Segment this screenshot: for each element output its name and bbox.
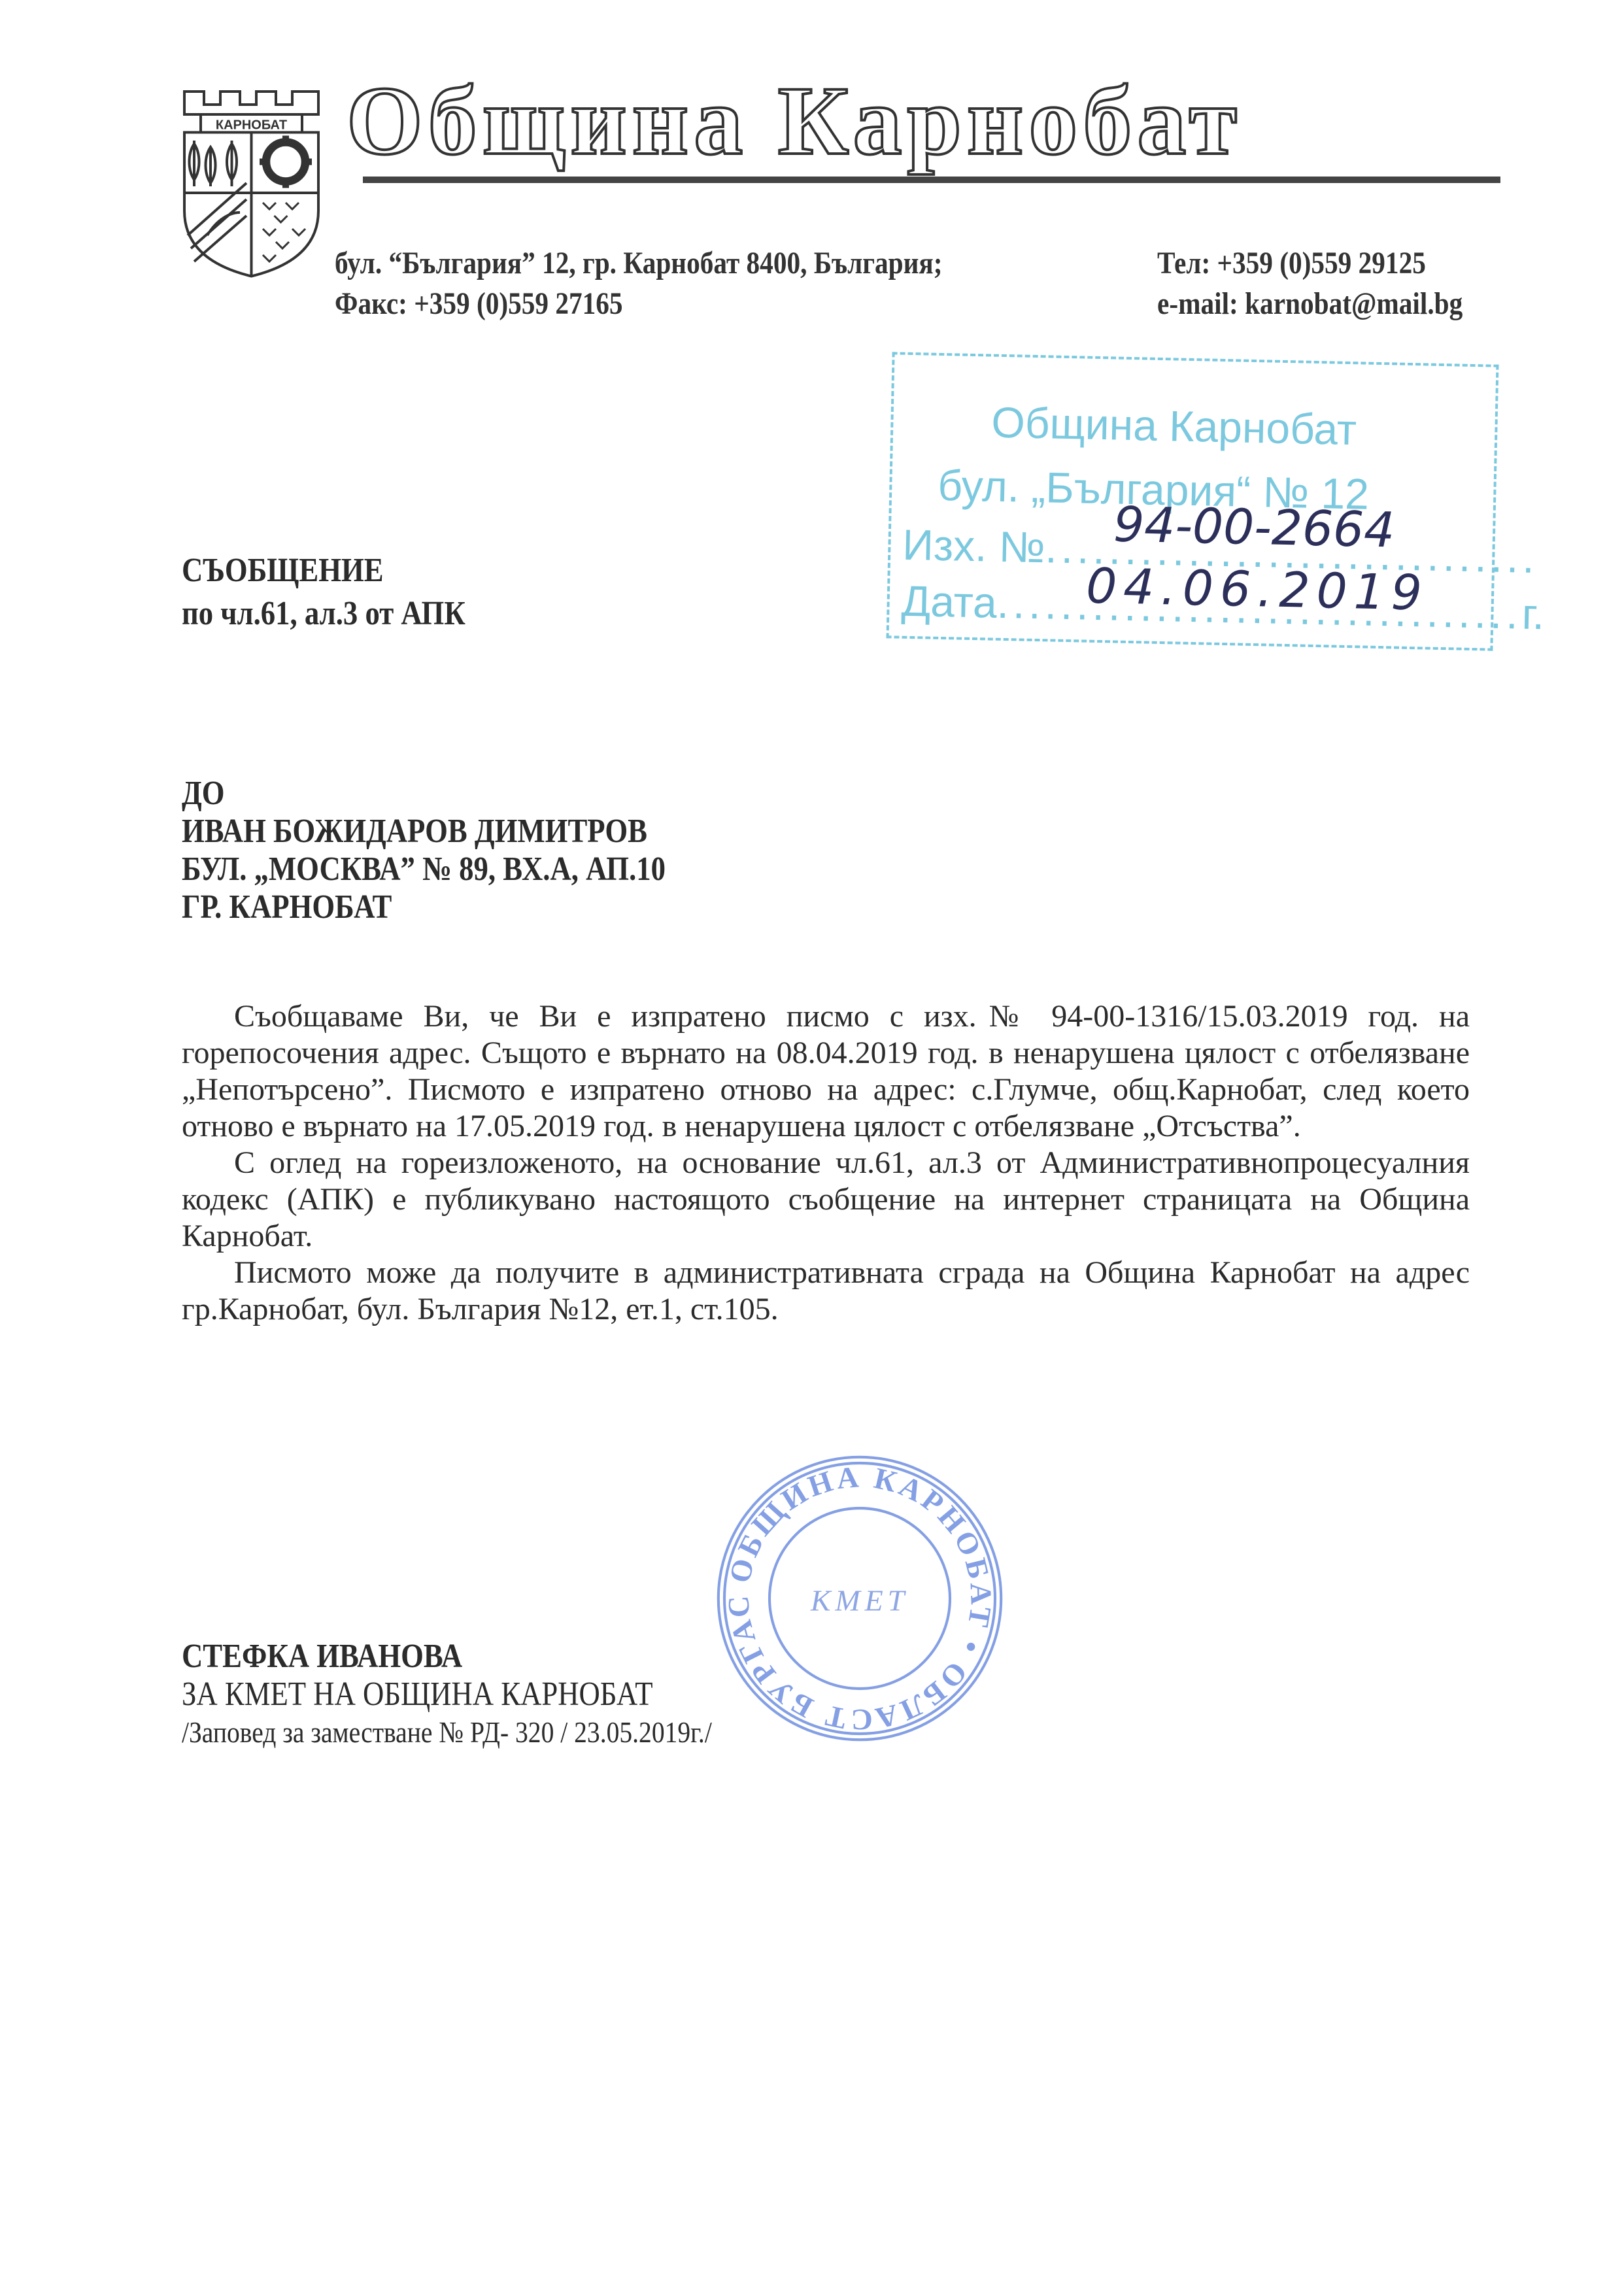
signatory-name: СТЕФКА ИВАНОВА [182,1638,712,1676]
body-paragraph: Писмото може да получите в административ… [182,1255,1470,1328]
stamp-date-value: 04.06.2019 [1085,558,1429,622]
recipient-block: ДО ИВАН БОЖИДАРОВ ДИМИТРОВ БУЛ. „МОСКВА”… [182,775,666,926]
letterhead-title: Община Карнобат [347,72,1242,170]
stamp-org: Община Карнобат [991,397,1357,455]
notice-subtitle: по чл.61, ал.3 от АПК [182,592,465,635]
recipient-city: ГР. КАРНОБАТ [182,888,666,926]
stamp-year-suffix: г. [1521,590,1545,639]
body-paragraph: С оглед на гореизложеното, на основание … [182,1145,1470,1255]
signatory-order: /Заповед за заместване № РД- 320 / 23.05… [182,1713,712,1751]
notice-heading: СЪОБЩЕНИЕ по чл.61, ал.3 от АПК [182,549,465,635]
seal-center-text: КМЕТ [810,1583,909,1617]
letterhead-address: бул. “България” 12, гр. Карнобат 8400, Б… [335,243,942,324]
phone-line: Тел: +359 (0)559 29125 [1157,243,1463,284]
recipient-to: ДО [182,775,666,813]
signatory-position: ЗА КМЕТ НА ОБЩИНА КАРНОБАТ [182,1676,712,1713]
letterhead-contact: Тел: +359 (0)559 29125 e-mail: karnobat@… [1157,243,1463,324]
notice-title: СЪОБЩЕНИЕ [182,549,465,592]
email-link[interactable]: e-mail: karnobat@mail.bg [1157,284,1463,324]
letterhead-divider [363,177,1500,183]
municipality-crest-icon: КАРНОБАТ [178,85,325,281]
signature-block: СТЕФКА ИВАНОВА ЗА КМЕТ НА ОБЩИНА КАРНОБА… [182,1638,712,1751]
stamp-date-label: Дата [901,577,998,627]
notice-body: Съобщаваме Ви, че Ви е изпратено писмо с… [182,998,1470,1328]
stamp-outgoing-label: Изх. № [902,520,1046,572]
stamp-outgoing-number: 94-00-2664 [1113,496,1395,558]
registration-stamp: Община Карнобат бул. „България“ № 12 Изх… [887,352,1499,650]
body-paragraph: Съобщаваме Ви, че Ви е изпратено писмо с… [182,998,1470,1145]
svg-text:КАРНОБАТ: КАРНОБАТ [216,118,287,133]
address-line: бул. “България” 12, гр. Карнобат 8400, Б… [335,243,942,284]
recipient-name: ИВАН БОЖИДАРОВ ДИМИТРОВ [182,813,666,851]
fax-line: Факс: +359 (0)559 27165 [335,284,942,324]
official-seal-icon: ОБЩИНА КАРНОБАТ • ОБЛАСТ БУРГАСКА • КМЕТ [709,1448,1010,1749]
recipient-street: БУЛ. „МОСКВА” № 89, ВХ.А, АП.10 [182,851,666,888]
